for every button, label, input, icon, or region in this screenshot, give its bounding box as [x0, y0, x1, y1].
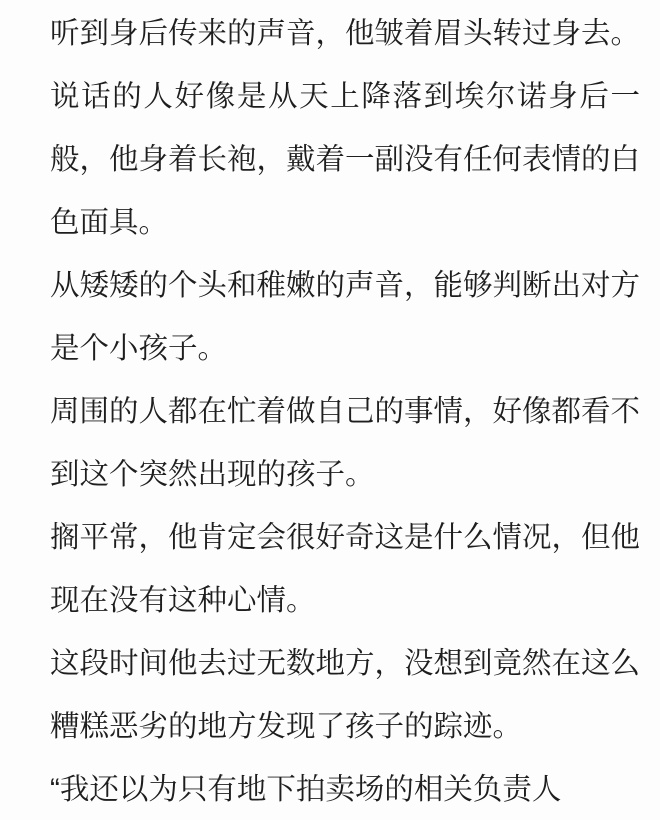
- paragraph: 从矮矮的个头和稚嫩的声音，能够判断出对方是个小孩子。: [50, 254, 640, 380]
- paragraph: 周围的人都在忙着做自己的事情，好像都看不到这个突然出现的孩子。: [50, 380, 640, 506]
- paragraph: 搁平常，他肯定会很好奇这是什么情况，但他现在没有这种心情。: [50, 506, 640, 632]
- paragraph: 听到身后传来的声音，他皱着眉头转过身去。: [50, 2, 640, 65]
- paragraph: 说话的人好像是从天上降落到埃尔诺身后一般，他身着长袍，戴着一副没有任何表情的白色…: [50, 65, 640, 254]
- paragraph: “我还以为只有地下拍卖场的相关负责人: [50, 758, 640, 820]
- reader-page: 听到身后传来的声音，他皱着眉头转过身去。 说话的人好像是从天上降落到埃尔诺身后一…: [0, 0, 660, 820]
- paragraph: 这段时间他去过无数地方，没想到竟然在这么糟糕恶劣的地方发现了孩子的踪迹。: [50, 632, 640, 758]
